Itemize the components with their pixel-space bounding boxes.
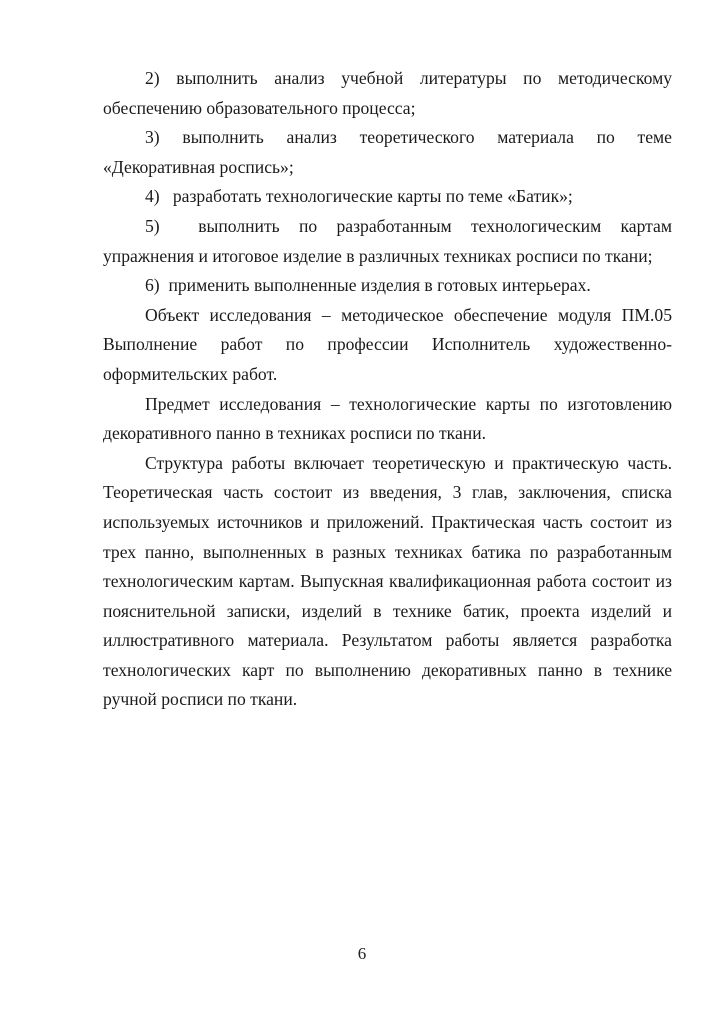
work-structure-paragraph: Структура работы включает теоретическую … [103, 449, 672, 715]
list-item-4: 4) разработать технологические карты по … [103, 182, 672, 212]
list-item-6: 6) применить выполненные изделия в готов… [103, 271, 672, 301]
list-item-2: 2) выполнить анализ учебной литературы п… [103, 64, 672, 123]
page-number: 6 [0, 944, 724, 964]
research-subject-paragraph: Предмет исследования – технологические к… [103, 390, 672, 449]
document-page: 2) выполнить анализ учебной литературы п… [0, 0, 724, 1024]
list-item-5: 5) выполнить по разработанным технологич… [103, 212, 672, 271]
body-text: 2) выполнить анализ учебной литературы п… [103, 64, 672, 715]
research-object-paragraph: Объект исследования – методическое обесп… [103, 301, 672, 390]
list-item-3: 3) выполнить анализ теоретического матер… [103, 123, 672, 182]
